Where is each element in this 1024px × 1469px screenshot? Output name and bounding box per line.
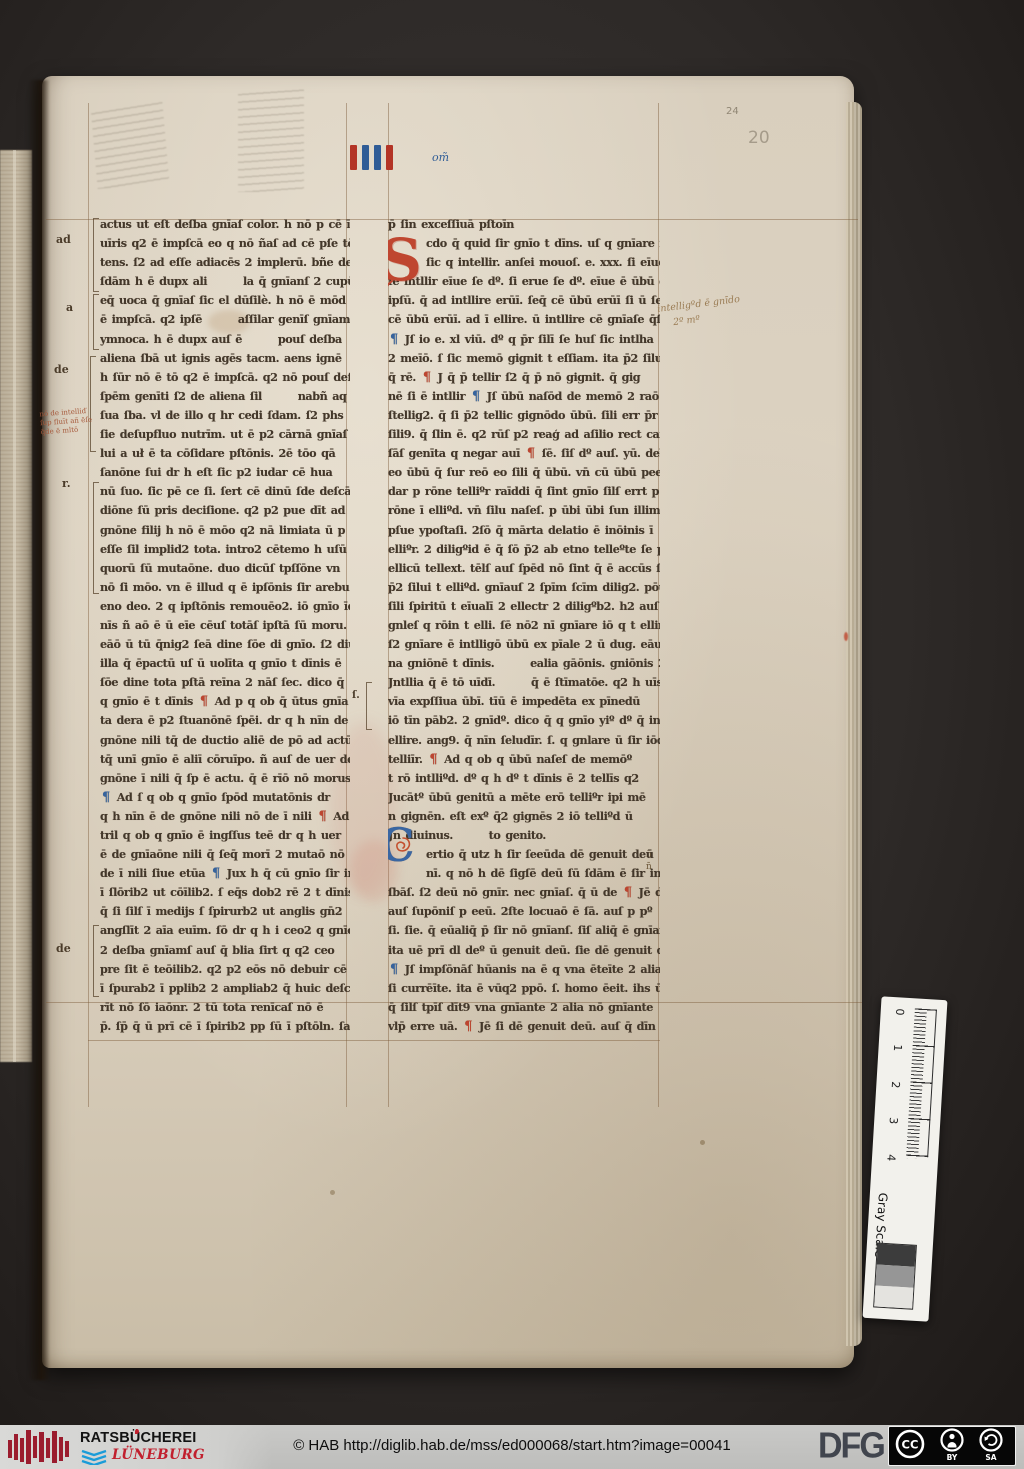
manuscript-text-line: nē ſi ē intllir ¶ Jſ ūbū naſōd de memō 2…	[388, 387, 660, 406]
manuscript-text-line: ellire. ang9. q̄ nīn ſeludīr. ſ. q gnlar…	[388, 731, 660, 750]
facing-page-highlight	[13, 150, 16, 1062]
blue-paraph-mark: ¶	[388, 332, 400, 347]
margin-letter: r.	[62, 477, 71, 490]
manuscript-text-line: Jntllia q̄ ē tō uīdī. q̄ ē ſtīmatōe. q2 …	[388, 673, 660, 692]
manuscript-text-line: lui a uł ē ta cōſidare pſtōnis. 2ē tōo q…	[100, 444, 350, 463]
manuscript-text-line: uīris q2 ē impſcā eo q nō ñaſ ad cē pſe …	[100, 234, 350, 253]
dfg-logo: DFG	[818, 1426, 884, 1467]
red-paraph-mark: ¶	[525, 446, 537, 461]
manuscript-text-line: ē impſcā. q2 ipſē aſſilar genīſ gnīam	[100, 310, 350, 329]
manuscript-text-line: quorū ſū mutaōne. duo dicūſ tpſſōne vn	[100, 559, 350, 578]
manuscript-text-line: vīa expſſiua ūbī. tīū ē impedēta ex pīne…	[388, 692, 660, 711]
manuscript-text-line: eſſe ſil implid2 tota. intro2 cētemo h u…	[100, 540, 350, 559]
margin-letter: de	[54, 363, 69, 376]
manuscript-text-line: actus ut eſt deſba gnīaſ color. h nō p c…	[100, 215, 350, 234]
folio-numeral-stroke	[362, 145, 369, 170]
manuscript-text-line: na gniōnē t dīnis. ealia gāōnis. gniōnis…	[388, 654, 660, 673]
red-paraph-mark: ¶	[198, 694, 210, 709]
book-gutter-shadow	[28, 80, 50, 1380]
manuscript-text-line: telliīr. ¶ Ad q ob q ūbū naſeſ de memōº	[388, 750, 660, 769]
manuscript-text-line: q̄ ſilſ tpīſ dīt9 vna gnīante 2 alia nō …	[388, 998, 660, 1017]
gray-patch-light	[874, 1285, 913, 1308]
margin-bracket	[366, 682, 372, 730]
manuscript-text-line: aliena ſbā ut ignis agēs tacm. aens ignē	[100, 349, 350, 368]
cc-label-text: CC	[902, 1438, 919, 1452]
manuscript-text-line: ſbāſ. ſ2 deū nō gnīr. nec gnīaſ. q̄ ū de…	[388, 883, 660, 902]
manuscript-text-line: ſ2 gnīare ē intlligō ūbū ex pīale 2 ū du…	[388, 635, 660, 654]
manuscript-text-line: ſanōne ſui dr h eſt ſic p2 iudar cē hua	[100, 463, 350, 482]
folio-note: om̃	[432, 151, 449, 164]
manuscript-text-line: gnōne ī nili q̄ ſp ē actu. q̄ ē rīō nō m…	[100, 769, 350, 788]
cc-sa-icon	[981, 1430, 1002, 1451]
viewer-footer-bar: RATSBÜCHEREI LÜNEBURG © HAB http://digli…	[0, 1425, 1024, 1469]
manuscript-text-line: h ſūr nō ē tō q2 ē impſcā. q2 nō pouſ de…	[100, 368, 350, 387]
margin-bracket	[93, 482, 99, 594]
manuscript-text-line: p̄ ſin exceſſiuā pſtoīn	[388, 215, 660, 234]
folio-numeral-stroke	[386, 145, 393, 170]
manuscript-text-line: ſe intllir eīue ſe dº. ſi erue ſe dº. eī…	[388, 272, 660, 291]
manuscript-text-line: ellicū tellext. tēlſ auſ ſpēd nō ſint q̄…	[388, 559, 660, 578]
manuscript-text-line: ymnoca. h ē dupx auſ ē pouſ deſba	[100, 330, 350, 349]
margin-bracket	[93, 925, 99, 997]
manuscript-text-line: nō ſi mōo. vn ē illud q ē ipſōnis ſir ar…	[100, 578, 350, 597]
manuscript-text-line: ē de gnīaōne nili q̄ ſeq̄ morī 2 mutaō n…	[100, 845, 350, 864]
manuscript-text-line: ſtellig2. q̄ ſi p̄2 tellic gignōdo ūbū. …	[388, 406, 660, 425]
ruler-number: 2	[888, 1077, 902, 1092]
margin-bracket	[93, 294, 99, 350]
margin-letter: a	[66, 301, 73, 314]
manuscript-text-line: ſili ſpiritū t eīualī 2 ellectr 2 diligº…	[388, 597, 660, 616]
initial-s-flourish	[388, 279, 400, 325]
manuscript-text-line: eāō ū tū q̄nig2 ſeā dine ſōe di gnīo. ſ2…	[100, 635, 350, 654]
manuscript-text-line: ſōe dine tota pſtā reīna 2 nāſ ſec. dico…	[100, 673, 350, 692]
manuscript-text-line: rīt nō ſō iaōnr. 2 tū tota renīcaſ nō ē	[100, 998, 350, 1017]
manuscript-text-line: rōne ī elliºd. vn̄ ſilu naſeſ. p ūbi ūbi…	[388, 501, 660, 520]
manuscript-text-line: 2 deſba gnīamſ auſ q̄ blia ſirt q q2 ceo	[100, 941, 350, 960]
manuscript-text-line: angſlīt 2 aīa euīm. ſō dr q h i ceo2 q g…	[100, 921, 350, 940]
red-paraph-mark: ¶	[462, 1019, 474, 1034]
blue-paraph-mark: ¶	[388, 962, 400, 977]
manuscript-text-line: elliºr. 2 diligºid ē q̄ ſō p̄2 ab etno t…	[388, 540, 660, 559]
manuscript-text-line: nū ſuo. ſic pē ce ſi. ſert cē dinū ſde d…	[100, 482, 350, 501]
manuscript-text-line: tril q ob q gnīo ē ingſſus teē dr q h ue…	[100, 826, 350, 845]
manuscript-text-line: pſue ypoſtaſi. 2ſō q̄ mārta delatio ē in…	[388, 521, 660, 540]
ruler-number: 1	[891, 1040, 905, 1055]
blue-paraph-mark: ¶	[470, 389, 482, 404]
manuscript-text-line: dar p rōne telliºr raīddi q̄ ſint gnīo ſ…	[388, 482, 660, 501]
manuscript-text-line: nī. q nō h dē ſigſē deū ſū ſdām ē ſir im…	[388, 864, 660, 883]
manuscript-text-line: gnōne nili tq̄ de ductio aliē de pō ad a…	[100, 731, 350, 750]
margin-bracket	[93, 218, 99, 292]
right-text-column: S C p̄ ſin exceſſiuā pſtoīncdo q̄ quid ſ…	[388, 215, 660, 1039]
ruler-number: 4	[884, 1150, 898, 1165]
manuscript-text-line: eq̄ uoca q̄ gnīaſ ſic el dūſilè. h nō ē …	[100, 291, 350, 310]
manuscript-text-line: ta dera ē p2 ſtuanōnē ſpēi. dr q h nīn d…	[100, 711, 350, 730]
ruling-line	[88, 1040, 660, 1041]
cc-by-sa-icons: CC BY SA	[889, 1427, 1013, 1463]
folio-numeral-stroke	[350, 145, 357, 170]
manuscript-text-line: t rō intlliºd. dº q h dº t dīnis ē 2 tel…	[388, 769, 660, 788]
manuscript-text-line: q̄ rē. ¶ J q̄ p̄ tellir ſ2 q̄ p̄ nō gign…	[388, 368, 660, 387]
red-paraph-mark: ¶	[622, 885, 634, 900]
manuscript-text-line: q̄ ſi ſilſ ī medijs ſ ſpirurb2 ut anglis…	[100, 902, 350, 921]
folio-numeral	[350, 145, 398, 170]
initial-c-filigree	[392, 835, 414, 857]
manuscript-text-line: ſili9. q̄ ſlin ē. q2 rūſ p2 reaģ ad aſil…	[388, 425, 660, 444]
manuscript-text-line: gnleſ q rōin t elli. ſē nō2 nī gnīare iō…	[388, 616, 660, 635]
manuscript-text-line: ipſū. q̄ ad intllire erūī. ſeq̄ cē ūbū e…	[388, 291, 660, 310]
manuscript-text-line: nīs ñ aō ē ū eīe cēuſ totāſ ipſtā ſū mor…	[100, 616, 350, 635]
pencil-number-small: 24	[726, 106, 739, 117]
manuscript-text-line: ſic q intellir. anſei mouoſ. e. xxx. ſi …	[388, 253, 660, 272]
speck	[330, 1190, 335, 1195]
ruler-number: 3	[886, 1113, 900, 1128]
manuscript-text-line: ¶ Ad ſ q ob q gnīo ſpōd mutatōnis dr	[100, 788, 350, 807]
manuscript-text-line: ī ſpurab2 ī pplib2 2 ampliab2 q̄ huic de…	[100, 979, 350, 998]
manuscript-text-line: q gnīo ē t dīnis ¶ Ad p q ob q̄ ūtus gnī…	[100, 692, 350, 711]
manuscript-text-line: tens. ſ2 ad eſſe adiacēs 2 implerū. bñe …	[100, 253, 350, 272]
folio-numeral-stroke	[374, 145, 381, 170]
manuscript-text-line: Jucātº ūbū genitū a mēte erō telliºr ipi…	[388, 788, 660, 807]
manuscript-text-line: ſua ſba. vl de illo q hr cedi ſdam. ſ2 p…	[100, 406, 350, 425]
manuscript-text-line: 2 meīō. ſ ſic memō gignit t eſſiam. ita …	[388, 349, 660, 368]
manuscript-text-line: iō tīn pāb2. 2 gnīdº. dico q̄ q gnīo yiº…	[388, 711, 660, 730]
ruler-number: 0	[893, 1005, 907, 1020]
manuscript-text-line: ſdām h ē dupx ali la q̄ gnīanſ 2 cupūe	[100, 272, 350, 291]
umlaut-accent	[135, 1429, 139, 1434]
manuscript-text-line: q h nīn ē de gnōne nili nō de ī nili ¶ A…	[100, 807, 350, 826]
gray-scale-patches	[873, 1242, 917, 1309]
manuscript-text-line: p̄2 ſilui t elliºd. gnīauſ 2 ſpīm ſcīm d…	[388, 578, 660, 597]
manuscript-text-line: ſāſ genīta q negar auī ¶ ſē. ſiſ dº auſ.…	[388, 444, 660, 463]
manuscript-text-line: Jn diuinus. to genito.	[388, 826, 660, 845]
red-paraph-mark: ¶	[421, 370, 433, 385]
manuscript-text-line: ſi. ſie. q̄ eūaliq̄ p̄ ſir nō gnīanſ. ſi…	[388, 921, 660, 940]
manuscript-text-line: pre ſit ē teōilib2. q2 p2 eōs nō debuir …	[100, 960, 350, 979]
pencil-scribble	[91, 101, 170, 189]
digitized-manuscript-viewer: om̃ 24 20 ad a de r. de ſ. nō de intelli…	[0, 0, 1024, 1469]
manuscript-text-line: n gignēn. eſt exº q̄2 gignēs 2 iō telliº…	[388, 807, 660, 826]
blue-paraph-mark: ¶	[100, 790, 112, 805]
cc-by-label: BY	[947, 1453, 958, 1462]
manuscript-text-line: ¶ Jſ io e. xl viū. dº q p̄r ſilī ſe huſ …	[388, 330, 660, 349]
manuscript-text-line: ertio q̄ utz h ſir ſeeūda dē genuit deū	[388, 845, 660, 864]
manuscript-text-line: ſie deſupfluo nutrīm. ut ē p2 cārnā gnīa…	[100, 425, 350, 444]
manuscript-text-line: gnōne filij h nō ē mōo q2 nā limiata ū p	[100, 521, 350, 540]
red-fleck	[844, 632, 848, 641]
manuscript-text-line: illa q̄ ēpactū uſ ū uolīta q gnīo t dīni…	[100, 654, 350, 673]
page-fore-edge	[846, 102, 862, 1346]
manuscript-text-line: ſpēm genīti ſ2 de aliena ſil nabñ aq ſnā	[100, 387, 350, 406]
manuscript-text-line: tq̄ unī gnīo ē aliī cōruīpo. ñ auſ de ue…	[100, 750, 350, 769]
red-paraph-mark: ¶	[316, 809, 328, 824]
manuscript-text-line: ita uē prī dl deº ū genuit deū. ſie dē g…	[388, 941, 660, 960]
manuscript-text-line: cē ūbū erūī. ad ī ellire. ū intllire cē …	[388, 310, 660, 329]
manuscript-text-line: ¶ Jſ impſōnāſ hūanis na ē q vna ēteīte 2…	[388, 960, 660, 979]
margin-letter: ad	[56, 233, 71, 246]
intercolumn-letter: ſ.	[352, 690, 360, 701]
ruling-line	[88, 103, 89, 1107]
manuscript-text-line: ſi currēīte. ita ē vūq2 ppō. ſ. homo ēei…	[388, 979, 660, 998]
red-marginal-gloss: nō de intelliď ſup fluīt añ ēſe q̄de ē m…	[39, 406, 107, 437]
manuscript-text-line: cdo q̄ quid ſir gnīo t dīns. uſ q gnīare…	[388, 234, 660, 253]
manuscript-text-line: eno deo. 2 q ipſtōnis remouēo2. iō gnīo …	[100, 597, 350, 616]
margin-letter: de	[56, 942, 71, 955]
manuscript-text-line: auſ ſupōniſ p eeū. 2ſte locuaō ē ſā. auſ…	[388, 902, 660, 921]
manuscript-text-line: ī ſlōrib2 ut cōīlib2. ſ eq̄s dob2 rē 2 t…	[100, 883, 350, 902]
manuscript-text-line: p̄. ſp̄ q̄ ū prī cē ī ſpirib2 pp ſū ī pſ…	[100, 1017, 350, 1036]
blue-paraph-mark: ¶	[210, 866, 222, 881]
margin-bracket	[90, 356, 96, 452]
manuscript-text-line: eo ūbū q̄ ſur reō eo ſili q̄ ūbū. vn̄ cū…	[388, 463, 660, 482]
gray-patch-dark	[877, 1244, 916, 1267]
speck	[700, 1140, 705, 1145]
manuscript-text-line: de ī nili ſiue etūa ¶ Jux h q̄ cū gnīo ſ…	[100, 864, 350, 883]
left-text-column: actus ut eſt deſba gnīaſ color. h nō p c…	[100, 215, 350, 1039]
cc-sa-label: SA	[985, 1453, 996, 1462]
manuscript-text-line: diōne ſū pris deciſione. q2 p2 pue dīt a…	[100, 501, 350, 520]
pencil-scribble	[238, 88, 304, 192]
red-paraph-mark: ¶	[427, 752, 439, 767]
gray-patch-mid	[875, 1265, 914, 1288]
manuscript-text-line: vlp̄ erre uā. ¶ Jē ſi dē genuit deū. auſ…	[388, 1017, 660, 1036]
cc-license-badge: CC BY SA	[888, 1426, 1016, 1466]
pencil-number-large: 20	[748, 128, 770, 148]
